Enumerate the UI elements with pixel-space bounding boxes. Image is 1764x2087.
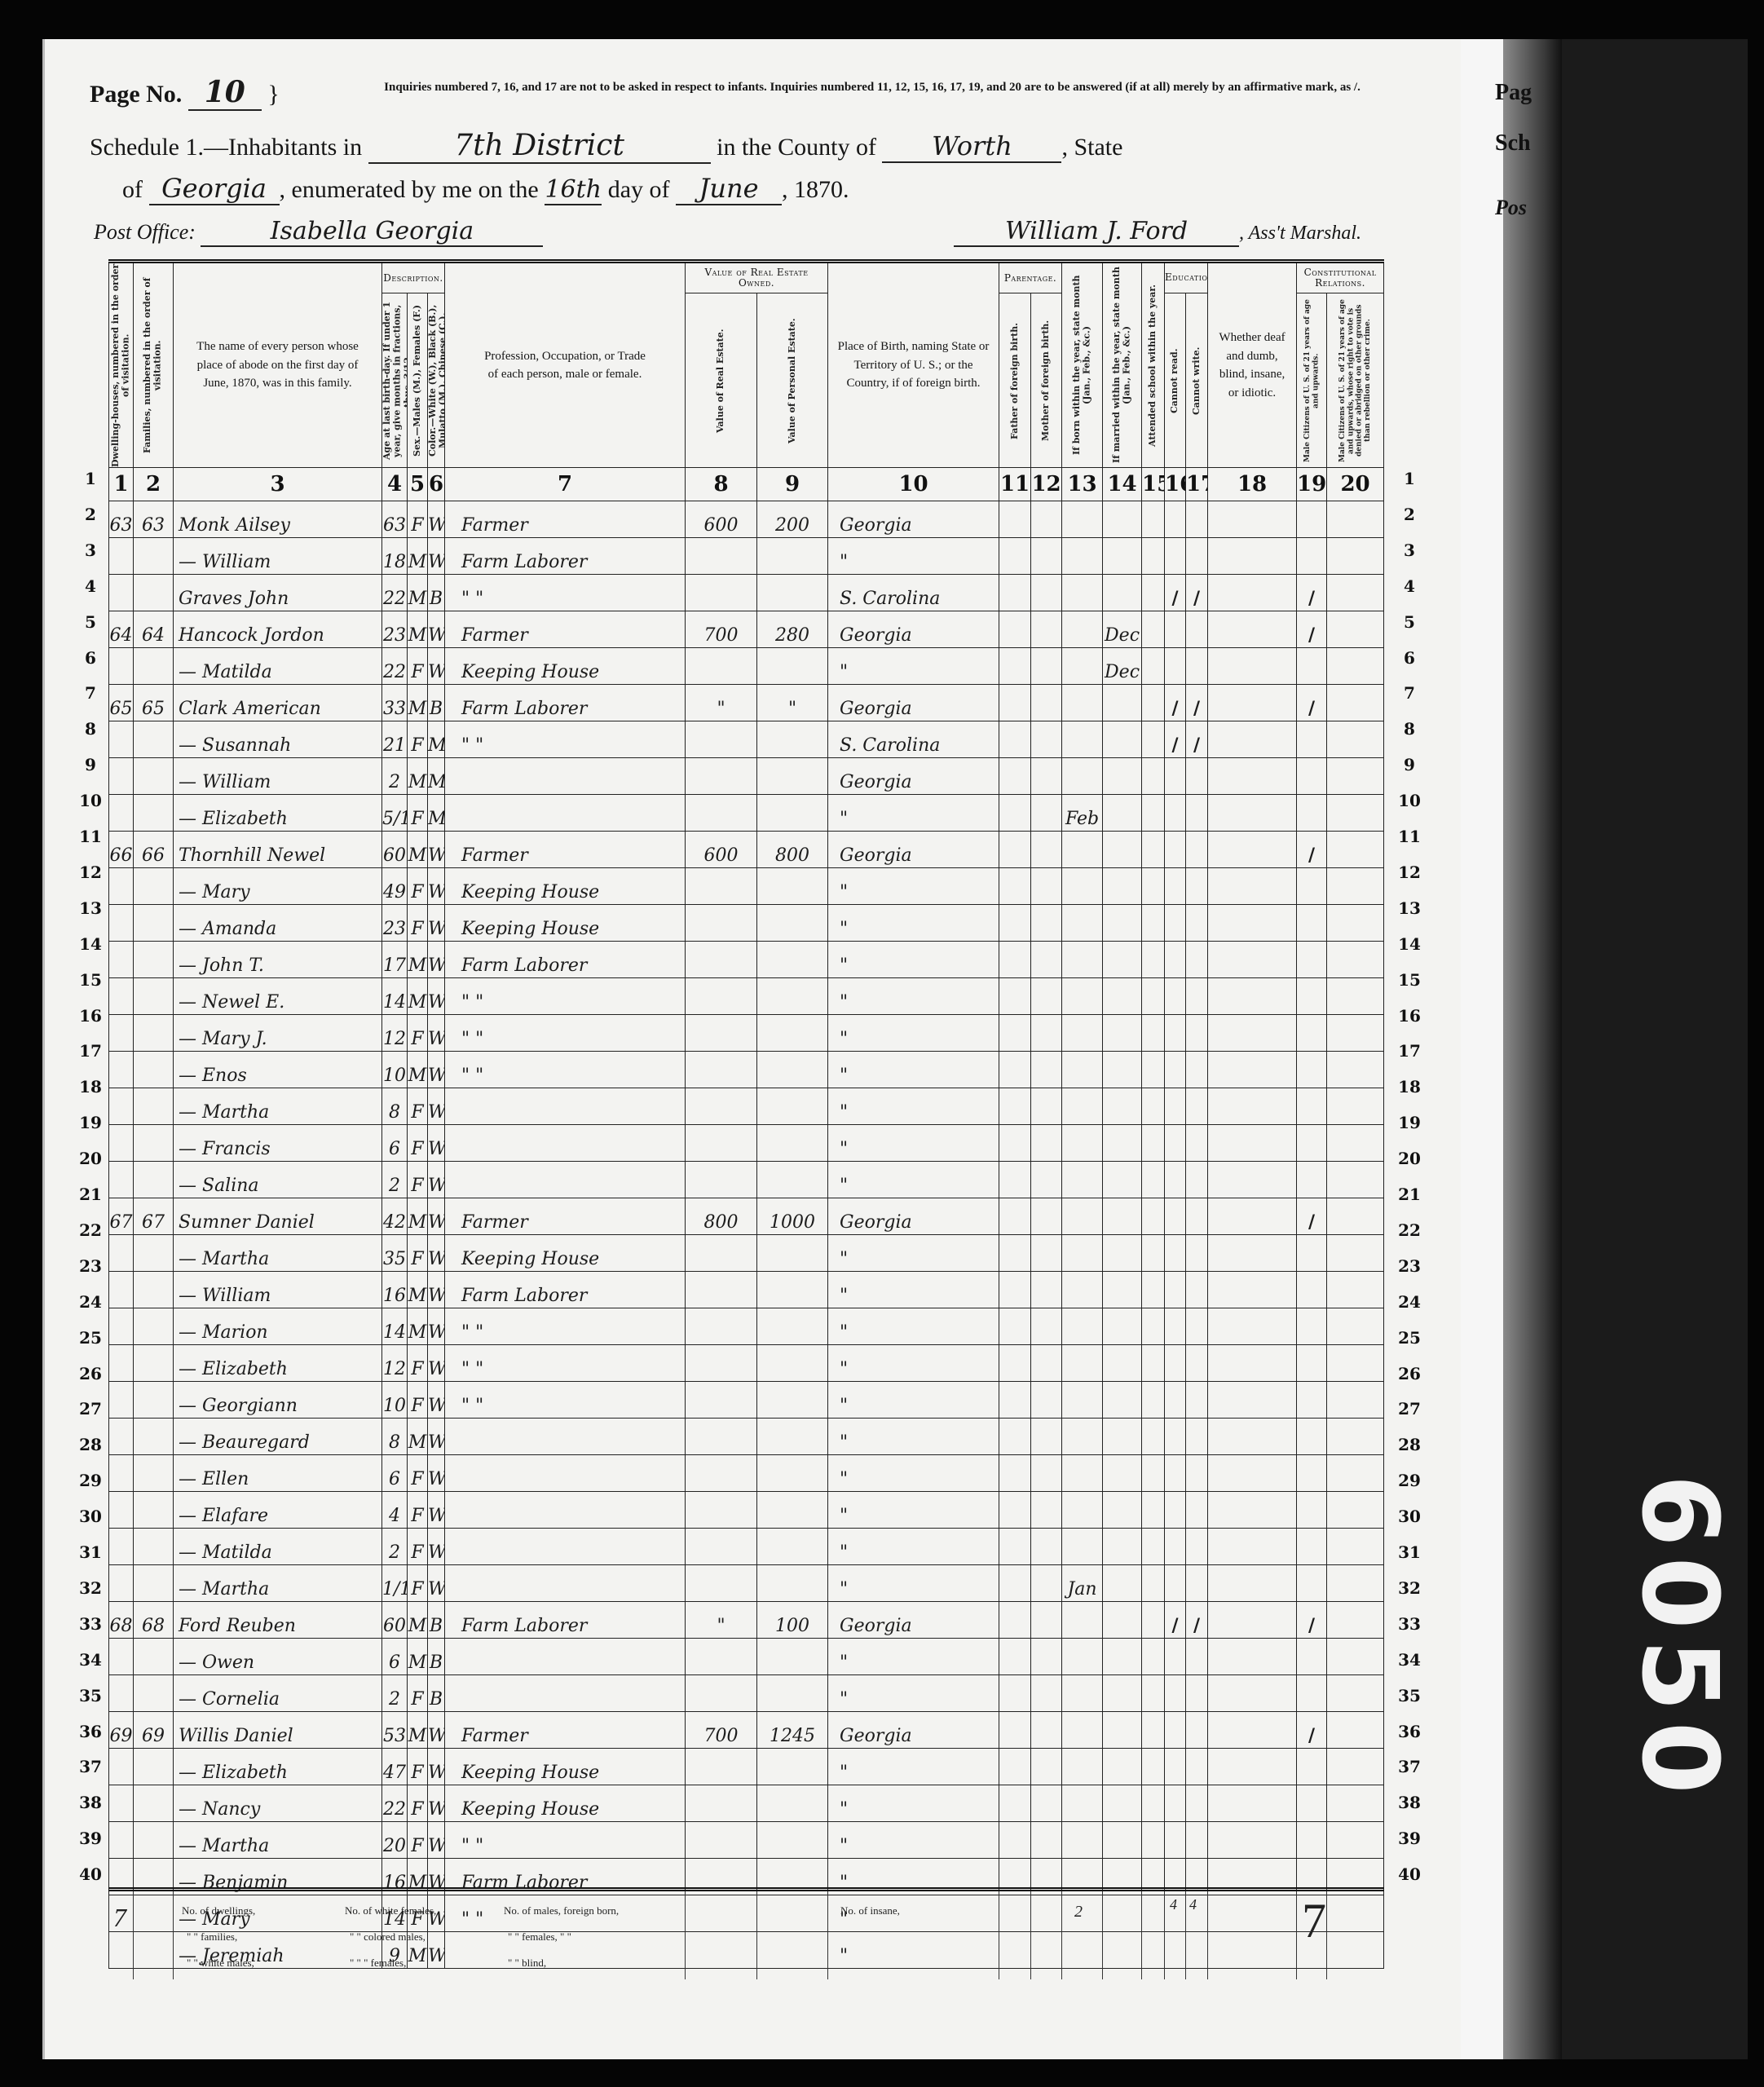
line-number: 16 — [78, 1006, 103, 1026]
census-rows: 6363Monk Ailsey63FWFarmer600200Georgia— … — [109, 501, 1384, 1969]
cell-empty — [1208, 648, 1297, 685]
cell-cannot-write — [1186, 1822, 1208, 1859]
cell-empty — [999, 1125, 1031, 1162]
cell-birthplace: " — [828, 1675, 999, 1712]
cell-name: — Beauregard — [174, 1419, 382, 1455]
cell-cannot-read — [1165, 1088, 1186, 1125]
county-field: Worth — [882, 130, 1061, 163]
header-col-7: Profession, Occupation, or Trade of each… — [445, 262, 686, 468]
cell-married-month — [1103, 1272, 1142, 1308]
cell-real-estate: 600 — [686, 832, 757, 868]
cell-citizen — [1297, 1455, 1327, 1492]
cell-cannot-write — [1186, 1639, 1208, 1675]
cell-empty — [1208, 1345, 1297, 1382]
cell-dwelling — [109, 1675, 134, 1712]
cell-name: — Elizabeth — [174, 1749, 382, 1785]
cell-real-estate — [686, 1308, 757, 1345]
cell-born-month — [1062, 1419, 1103, 1455]
cell-color: W — [428, 1565, 445, 1602]
cell-real-estate — [686, 1492, 757, 1529]
cell-cannot-write — [1186, 1235, 1208, 1272]
cell-real-estate — [686, 721, 757, 758]
cell-cannot-write — [1186, 832, 1208, 868]
cell-sex: F — [408, 1125, 428, 1162]
cell-birthplace: " — [828, 1088, 999, 1125]
cell-sex: M — [408, 685, 428, 721]
marshal-name: William J. Ford — [954, 217, 1239, 247]
cell-empty — [1208, 1272, 1297, 1308]
cell-empty — [1031, 501, 1062, 538]
cell-empty — [1031, 1345, 1062, 1382]
cell-married-month — [1103, 1125, 1142, 1162]
cell-empty — [1208, 1602, 1297, 1639]
cell-empty — [1327, 1749, 1384, 1785]
cell-empty — [1142, 1345, 1165, 1382]
page-gutter — [1461, 39, 1503, 2059]
cell-name: — Mary J. — [174, 1015, 382, 1052]
line-number: 30 — [1397, 1507, 1422, 1526]
cell-age: 17 — [382, 942, 408, 978]
cell-citizen — [1297, 1308, 1327, 1345]
cell-empty — [1142, 1602, 1165, 1639]
line-number: 22 — [78, 1220, 103, 1240]
cell-real-estate — [686, 1345, 757, 1382]
cell-real-estate — [686, 1235, 757, 1272]
day-of-label: day of — [608, 176, 670, 203]
cell-family — [134, 905, 174, 942]
cell-empty — [999, 538, 1031, 575]
cell-sex: M — [408, 1712, 428, 1749]
cell-real-estate: 600 — [686, 501, 757, 538]
schedule-label: Schedule 1.—Inhabitants in — [90, 134, 362, 161]
cell-color: W — [428, 1785, 445, 1822]
cell-dwelling — [109, 978, 134, 1015]
cell-occupation — [445, 1419, 686, 1455]
cell-name: — William — [174, 758, 382, 795]
cell-name: — Georgiann — [174, 1382, 382, 1419]
header-col-15: Attended school within the year. — [1142, 262, 1165, 468]
header-col-13: If born within the year, state month (Ja… — [1062, 262, 1103, 468]
cell-occupation — [445, 1125, 686, 1162]
cell-empty — [999, 1785, 1031, 1822]
cell-real-estate — [686, 1565, 757, 1602]
cell-family: 66 — [134, 832, 174, 868]
cell-empty — [1208, 1529, 1297, 1565]
cell-cannot-read — [1165, 1675, 1186, 1712]
cell-real-estate — [686, 1162, 757, 1198]
cell-occupation — [445, 1675, 686, 1712]
cell-personal-estate — [757, 758, 828, 795]
cell-empty — [1142, 1052, 1165, 1088]
line-number: 17 — [78, 1041, 103, 1061]
cell-birthplace: " — [828, 1015, 999, 1052]
cell-empty — [999, 648, 1031, 685]
cell-name: — Susannah — [174, 721, 382, 758]
header-col-6: Color.—White (W.), Black (B.), Mulatto (… — [428, 293, 445, 468]
cell-occupation: " " — [445, 1345, 686, 1382]
cell-sex: M — [408, 1198, 428, 1235]
cell-cannot-write — [1186, 1675, 1208, 1712]
table-row: — Martha35FWKeeping House" — [109, 1235, 1384, 1272]
cell-empty — [1208, 832, 1297, 868]
cell-color: W — [428, 1529, 445, 1565]
cell-empty — [1327, 1308, 1384, 1345]
cell-empty — [1031, 832, 1062, 868]
cell-empty — [999, 1015, 1031, 1052]
cell-sex: F — [408, 501, 428, 538]
header-group-parentage: Parentage. — [999, 262, 1062, 293]
cell-birthplace: " — [828, 1382, 999, 1419]
cell-married-month — [1103, 1308, 1142, 1345]
cell-cannot-read — [1165, 868, 1186, 905]
line-number: 13 — [78, 898, 103, 918]
cell-dwelling — [109, 1822, 134, 1859]
line-number: 22 — [1397, 1220, 1422, 1240]
cell-real-estate — [686, 1749, 757, 1785]
cell-cannot-read — [1165, 1015, 1186, 1052]
cell-empty — [1327, 942, 1384, 978]
next-schedule-label: Sch — [1495, 130, 1531, 157]
cell-personal-estate — [757, 575, 828, 611]
cell-personal-estate — [757, 648, 828, 685]
header-col-20: Male Citizens of U. S. of 21 years of ag… — [1327, 293, 1384, 468]
cell-real-estate — [686, 1785, 757, 1822]
cell-family — [134, 1455, 174, 1492]
cell-empty — [1327, 1455, 1384, 1492]
cell-empty — [1208, 685, 1297, 721]
cell-birthplace: S. Carolina — [828, 575, 999, 611]
cell-empty — [1142, 832, 1165, 868]
cell-cannot-read — [1165, 1455, 1186, 1492]
post-office-line: Post Office: Isabella Georgia — [94, 217, 543, 247]
cell-empty — [1031, 1382, 1062, 1419]
cell-empty — [1208, 1198, 1297, 1235]
cell-empty — [1142, 1162, 1165, 1198]
cell-empty — [1031, 942, 1062, 978]
cell-occupation — [445, 1529, 686, 1565]
cell-sex: F — [408, 1162, 428, 1198]
line-number: 26 — [78, 1364, 103, 1383]
cell-born-month — [1062, 1529, 1103, 1565]
cell-cannot-read — [1165, 1235, 1186, 1272]
cell-age: 14 — [382, 978, 408, 1015]
cell-empty — [1142, 1639, 1165, 1675]
label-foreign-females: " " females, " " — [508, 1930, 571, 1944]
cell-family — [134, 1529, 174, 1565]
cell-family — [134, 1088, 174, 1125]
cell-empty — [1031, 685, 1062, 721]
cell-occupation — [445, 1565, 686, 1602]
cell-family — [134, 1308, 174, 1345]
cell-empty — [1142, 648, 1165, 685]
table-row: — Amanda23FWKeeping House" — [109, 905, 1384, 942]
county-label: in the County of — [717, 134, 876, 161]
cell-occupation — [445, 1088, 686, 1125]
cell-personal-estate — [757, 978, 828, 1015]
cell-dwelling — [109, 721, 134, 758]
cell-empty — [1142, 1822, 1165, 1859]
cell-empty — [1208, 1639, 1297, 1675]
cell-empty — [999, 1675, 1031, 1712]
cell-personal-estate — [757, 1345, 828, 1382]
table-row: 6666Thornhill Newel60MWFarmer600800Georg… — [109, 832, 1384, 868]
cell-born-month — [1062, 538, 1103, 575]
cell-family: 63 — [134, 501, 174, 538]
cell-citizen — [1297, 1492, 1327, 1529]
line-number: 35 — [78, 1686, 103, 1705]
cell-empty — [1327, 1345, 1384, 1382]
cell-dwelling — [109, 1088, 134, 1125]
cell-empty — [1208, 501, 1297, 538]
cell-color: B — [428, 1639, 445, 1675]
cell-sex: F — [408, 1235, 428, 1272]
cell-color: W — [428, 1749, 445, 1785]
next-page-label: Pag — [1495, 80, 1532, 106]
line-number: 40 — [1397, 1864, 1422, 1884]
cell-cannot-read: / — [1165, 721, 1186, 758]
line-number: 29 — [1397, 1471, 1422, 1490]
header-col-16: Cannot read. — [1165, 293, 1186, 468]
cell-citizen — [1297, 868, 1327, 905]
line-number: 40 — [78, 1864, 103, 1884]
table-row: — Georgiann10FW" "" — [109, 1382, 1384, 1419]
line-number: 35 — [1397, 1686, 1422, 1705]
cell-married-month — [1103, 685, 1142, 721]
cell-family: 68 — [134, 1602, 174, 1639]
cell-cannot-read: / — [1165, 1602, 1186, 1639]
cell-empty — [1327, 1419, 1384, 1455]
cell-empty — [1142, 1272, 1165, 1308]
cell-empty — [1031, 1639, 1062, 1675]
cell-cannot-write — [1186, 795, 1208, 832]
line-number: 2 — [78, 505, 103, 524]
header-col-11: Father of foreign birth. — [999, 293, 1031, 468]
header-group-value: Value of Real Estate Owned. — [686, 262, 828, 293]
cell-empty — [1142, 1565, 1165, 1602]
cell-sex: F — [408, 1529, 428, 1565]
cell-empty — [1208, 1125, 1297, 1162]
cell-cannot-read — [1165, 1529, 1186, 1565]
line-number: 11 — [78, 827, 103, 846]
cell-occupation — [445, 1492, 686, 1529]
cell-empty — [1208, 1015, 1297, 1052]
cell-empty — [1208, 721, 1297, 758]
cell-name: — Elizabeth — [174, 795, 382, 832]
line-number: 25 — [78, 1328, 103, 1348]
cell-age: 35 — [382, 1235, 408, 1272]
cell-name: Sumner Daniel — [174, 1198, 382, 1235]
cell-citizen: / — [1297, 575, 1327, 611]
cell-cannot-write — [1186, 868, 1208, 905]
cell-empty — [1208, 575, 1297, 611]
line-number: 4 — [78, 576, 103, 596]
cell-dwelling — [109, 1235, 134, 1272]
cell-citizen — [1297, 942, 1327, 978]
cell-cannot-write — [1186, 1015, 1208, 1052]
cell-name: — Newel E. — [174, 978, 382, 1015]
cell-birthplace: Georgia — [828, 1198, 999, 1235]
cell-cannot-read — [1165, 795, 1186, 832]
header-col-18: Whether deaf and dumb, blind, insane, or… — [1208, 262, 1297, 468]
citizens-total: 7 — [1302, 1893, 1326, 1949]
schedule-line: Schedule 1.—Inhabitants in 7th District … — [90, 129, 1122, 164]
table-row: — Ellen6FW" — [109, 1455, 1384, 1492]
cell-empty — [999, 501, 1031, 538]
cell-occupation: " " — [445, 1308, 686, 1345]
page-summary: 7 No. of dwellings, " " families, " " wh… — [108, 1887, 1384, 1979]
cell-color: M — [428, 758, 445, 795]
cell-cannot-write — [1186, 648, 1208, 685]
line-number: 13 — [1397, 898, 1422, 918]
line-number: 31 — [1397, 1542, 1422, 1562]
line-number: 12 — [1397, 863, 1422, 882]
line-number: 36 — [1397, 1722, 1422, 1741]
cell-occupation: " " — [445, 978, 686, 1015]
cell-empty — [1327, 1382, 1384, 1419]
cell-name: — Martha — [174, 1565, 382, 1602]
cell-born-month — [1062, 1639, 1103, 1675]
cell-birthplace: " — [828, 905, 999, 942]
cell-sex: M — [408, 1639, 428, 1675]
cell-cannot-read — [1165, 611, 1186, 648]
line-number: 29 — [78, 1471, 103, 1490]
cell-name: — Mary — [174, 868, 382, 905]
cell-family: 69 — [134, 1712, 174, 1749]
line-number: 38 — [78, 1793, 103, 1812]
cell-dwelling: 69 — [109, 1712, 134, 1749]
cell-born-month — [1062, 575, 1103, 611]
cell-empty — [1327, 1785, 1384, 1822]
cell-family: 65 — [134, 685, 174, 721]
cell-cannot-read — [1165, 1492, 1186, 1529]
cell-cannot-read — [1165, 942, 1186, 978]
header-col-10: Place of Birth, naming State or Territor… — [828, 262, 999, 468]
cell-citizen — [1297, 1272, 1327, 1308]
line-number: 21 — [78, 1185, 103, 1204]
cell-married-month — [1103, 1529, 1142, 1565]
cell-name: — Amanda — [174, 905, 382, 942]
table-row: — Martha1/12FW"Jan — [109, 1565, 1384, 1602]
cell-cannot-write — [1186, 1272, 1208, 1308]
cell-personal-estate — [757, 1529, 828, 1565]
line-number: 37 — [1397, 1757, 1422, 1776]
cell-empty — [1142, 685, 1165, 721]
cell-empty — [1327, 575, 1384, 611]
line-number: 23 — [78, 1256, 103, 1276]
cell-citizen — [1297, 1785, 1327, 1822]
cell-sex: F — [408, 1822, 428, 1859]
cell-empty — [1327, 1565, 1384, 1602]
cell-empty — [1031, 1272, 1062, 1308]
cell-empty — [999, 1162, 1031, 1198]
cell-birthplace: Georgia — [828, 611, 999, 648]
cell-dwelling: 64 — [109, 611, 134, 648]
cell-personal-estate — [757, 942, 828, 978]
cell-empty — [1208, 942, 1297, 978]
cell-empty — [1031, 1822, 1062, 1859]
cell-empty — [1208, 795, 1297, 832]
table-row: — Nancy22FWKeeping House" — [109, 1785, 1384, 1822]
cell-married-month — [1103, 1602, 1142, 1639]
line-number: 27 — [78, 1399, 103, 1419]
cell-empty — [1142, 795, 1165, 832]
line-number: 10 — [1397, 791, 1422, 810]
cell-cannot-read — [1165, 1198, 1186, 1235]
cell-birthplace: " — [828, 868, 999, 905]
cell-family — [134, 1125, 174, 1162]
cell-name: — Martha — [174, 1088, 382, 1125]
cell-birthplace: " — [828, 1272, 999, 1308]
cell-family — [134, 1565, 174, 1602]
year-label: , 1870. — [782, 176, 849, 203]
cell-occupation — [445, 758, 686, 795]
cell-name: Willis Daniel — [174, 1712, 382, 1749]
header-col-17: Cannot write. — [1186, 293, 1208, 468]
cell-empty — [999, 1712, 1031, 1749]
cell-empty — [999, 721, 1031, 758]
cell-age: 5/12 — [382, 795, 408, 832]
cell-cannot-write — [1186, 942, 1208, 978]
cell-married-month — [1103, 1088, 1142, 1125]
cell-personal-estate: 100 — [757, 1602, 828, 1639]
cell-empty — [1142, 1749, 1165, 1785]
cell-age: 47 — [382, 1749, 408, 1785]
cell-occupation: " " — [445, 1052, 686, 1088]
cell-empty — [1031, 1052, 1062, 1088]
cell-personal-estate — [757, 1052, 828, 1088]
cell-birthplace: Georgia — [828, 1712, 999, 1749]
cell-occupation: Farm Laborer — [445, 538, 686, 575]
cell-birthplace: Georgia — [828, 832, 999, 868]
cell-empty — [1208, 1565, 1297, 1602]
line-number: 25 — [1397, 1328, 1422, 1348]
table-row: — Enos10MW" "" — [109, 1052, 1384, 1088]
line-number: 26 — [1397, 1364, 1422, 1383]
cell-empty — [1208, 1712, 1297, 1749]
cell-cannot-write: / — [1186, 575, 1208, 611]
table-row: — John T.17MWFarm Laborer" — [109, 942, 1384, 978]
cell-sex: M — [408, 538, 428, 575]
cell-name: Ford Reuben — [174, 1602, 382, 1639]
instructions: Inquiries numbered 7, 16, and 17 are not… — [359, 80, 1386, 96]
cell-cannot-write — [1186, 1455, 1208, 1492]
cell-color: W — [428, 1235, 445, 1272]
month-field: June — [676, 173, 782, 205]
cell-color: W — [428, 1712, 445, 1749]
cell-sex: F — [408, 1749, 428, 1785]
cell-real-estate — [686, 868, 757, 905]
table-row: 6969Willis Daniel53MWFarmer7001245Georgi… — [109, 1712, 1384, 1749]
cell-empty — [999, 1308, 1031, 1345]
line-number: 1 — [78, 469, 103, 488]
cell-empty — [1208, 1235, 1297, 1272]
cell-empty — [1142, 978, 1165, 1015]
cell-born-month — [1062, 1125, 1103, 1162]
cell-empty — [1208, 1382, 1297, 1419]
cell-cannot-write — [1186, 611, 1208, 648]
cell-married-month — [1103, 1015, 1142, 1052]
born-within-year-total: 2 — [1074, 1903, 1083, 1922]
cannot-write-total: 4 — [1189, 1896, 1197, 1913]
cell-name: — Francis — [174, 1125, 382, 1162]
cell-empty — [1031, 1162, 1062, 1198]
label-white-males: " " white males, — [187, 1957, 254, 1970]
cell-empty — [999, 1492, 1031, 1529]
header-group-education: Education. — [1165, 262, 1208, 293]
cell-dwelling — [109, 942, 134, 978]
cell-born-month — [1062, 1198, 1103, 1235]
cell-empty — [1142, 1419, 1165, 1455]
